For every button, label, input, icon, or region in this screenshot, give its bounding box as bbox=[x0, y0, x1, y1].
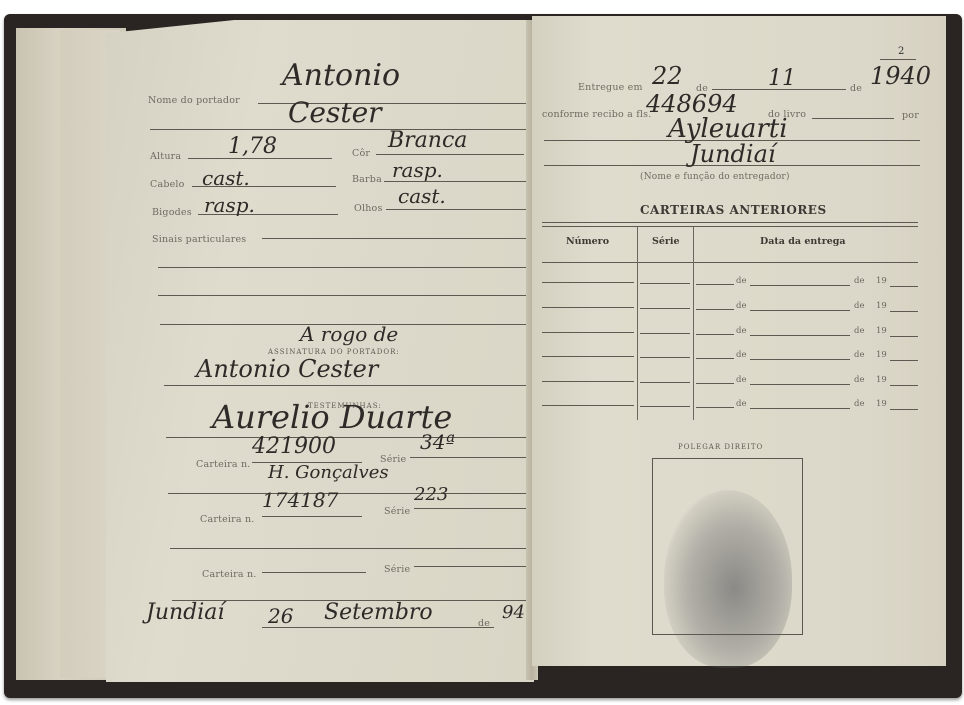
witness-2-line bbox=[168, 493, 528, 494]
page-number-line bbox=[880, 59, 916, 60]
entregue-label: Entregue em bbox=[578, 82, 643, 93]
day-value: 26 bbox=[268, 604, 293, 628]
witness-2-carteira-value: 174187 bbox=[262, 488, 338, 512]
entregue-de-2: de bbox=[850, 83, 862, 94]
bigodes-label: Bigodes bbox=[152, 207, 192, 218]
entregue-year: 1940 bbox=[870, 62, 931, 90]
witness-2-serie-line bbox=[414, 508, 526, 509]
witness-3-carteira-line bbox=[262, 572, 366, 573]
por-label: por bbox=[902, 110, 919, 121]
table-top-line-2 bbox=[542, 226, 918, 227]
cabelo-label: Cabelo bbox=[150, 179, 185, 190]
col-serie: Série bbox=[652, 236, 680, 247]
place-date-line bbox=[262, 627, 494, 628]
table-divider-1 bbox=[637, 227, 638, 420]
month-value: Setembro bbox=[324, 600, 433, 625]
bigodes-value: rasp. bbox=[204, 193, 255, 217]
witness-2-serie-value: 223 bbox=[414, 484, 448, 505]
witness-3-serie-label: Série bbox=[384, 564, 410, 575]
cor-value: Branca bbox=[388, 128, 467, 153]
witness-3-carteira-label: Carteira n. bbox=[202, 569, 257, 580]
sinais-line-1 bbox=[262, 238, 528, 239]
witness-2-signature: H. Gonçalves bbox=[268, 462, 389, 483]
witness-1-signature: Aurelio Duarte bbox=[212, 398, 452, 436]
entregador-caption: (Nome e função do entregador) bbox=[640, 172, 790, 182]
table-header-line bbox=[542, 262, 918, 263]
olhos-value: cast. bbox=[398, 184, 446, 208]
witness-3-serie-line bbox=[414, 566, 526, 567]
livro-line bbox=[812, 118, 894, 119]
entregador-value-2: Jundiaí bbox=[690, 140, 776, 168]
witness-2-carteira-label: Carteira n. bbox=[200, 514, 255, 525]
witness-1-line bbox=[166, 437, 528, 438]
cor-line bbox=[376, 154, 524, 155]
sinais-line-2 bbox=[158, 267, 528, 268]
cor-label: Côr bbox=[352, 148, 370, 159]
table-divider-2 bbox=[693, 227, 694, 420]
witness-3-line bbox=[170, 548, 528, 549]
sinais-line-3 bbox=[158, 295, 528, 296]
barba-label: Barba bbox=[352, 174, 382, 185]
witness-1-carteira-label: Carteira n. bbox=[196, 459, 251, 470]
olhos-line bbox=[386, 209, 526, 210]
witness-2-carteira-line bbox=[262, 516, 362, 517]
barba-value: rasp. bbox=[392, 158, 443, 182]
carteiras-anteriores-title: CARTEIRAS ANTERIORES bbox=[640, 203, 827, 217]
nome-value-1: Antonio bbox=[282, 58, 400, 93]
page-number: 2 bbox=[898, 46, 904, 57]
altura-value: 1,78 bbox=[228, 134, 277, 159]
witness-1-serie-value: 34ª bbox=[420, 430, 455, 454]
olhos-label: Olhos bbox=[354, 203, 383, 214]
witness-1-serie-line bbox=[410, 457, 526, 458]
thumbprint-icon bbox=[664, 490, 792, 668]
altura-label: Altura bbox=[150, 151, 181, 162]
assinatura-portador-value: Antonio Cester bbox=[196, 355, 378, 383]
a-rogo-note: A rogo de bbox=[300, 322, 398, 346]
col-data-entrega: Data da entrega bbox=[760, 236, 846, 247]
witness-2-serie-label: Série bbox=[384, 506, 410, 517]
sinais-label: Sinais particulares bbox=[152, 234, 246, 245]
entregue-month: 11 bbox=[768, 66, 796, 91]
nome-label: Nome do portador bbox=[148, 95, 240, 106]
polegar-label: POLEGAR DIREITO bbox=[678, 443, 763, 451]
de-label: de bbox=[478, 618, 490, 629]
year-value: 94 bbox=[502, 602, 525, 623]
nome-value-2: Cester bbox=[288, 96, 382, 129]
entregue-day: 22 bbox=[652, 62, 683, 90]
witness-1-carteira-value: 421900 bbox=[252, 434, 336, 459]
table-top-line-1 bbox=[542, 222, 918, 223]
recibo-label: conforme recibo a fls. bbox=[542, 109, 651, 120]
assinatura-line bbox=[164, 385, 528, 386]
place-value: Jundiaí bbox=[146, 600, 224, 625]
cabelo-value: cast. bbox=[202, 166, 250, 190]
nome-line-2 bbox=[150, 129, 526, 130]
col-numero: Número bbox=[566, 236, 609, 247]
